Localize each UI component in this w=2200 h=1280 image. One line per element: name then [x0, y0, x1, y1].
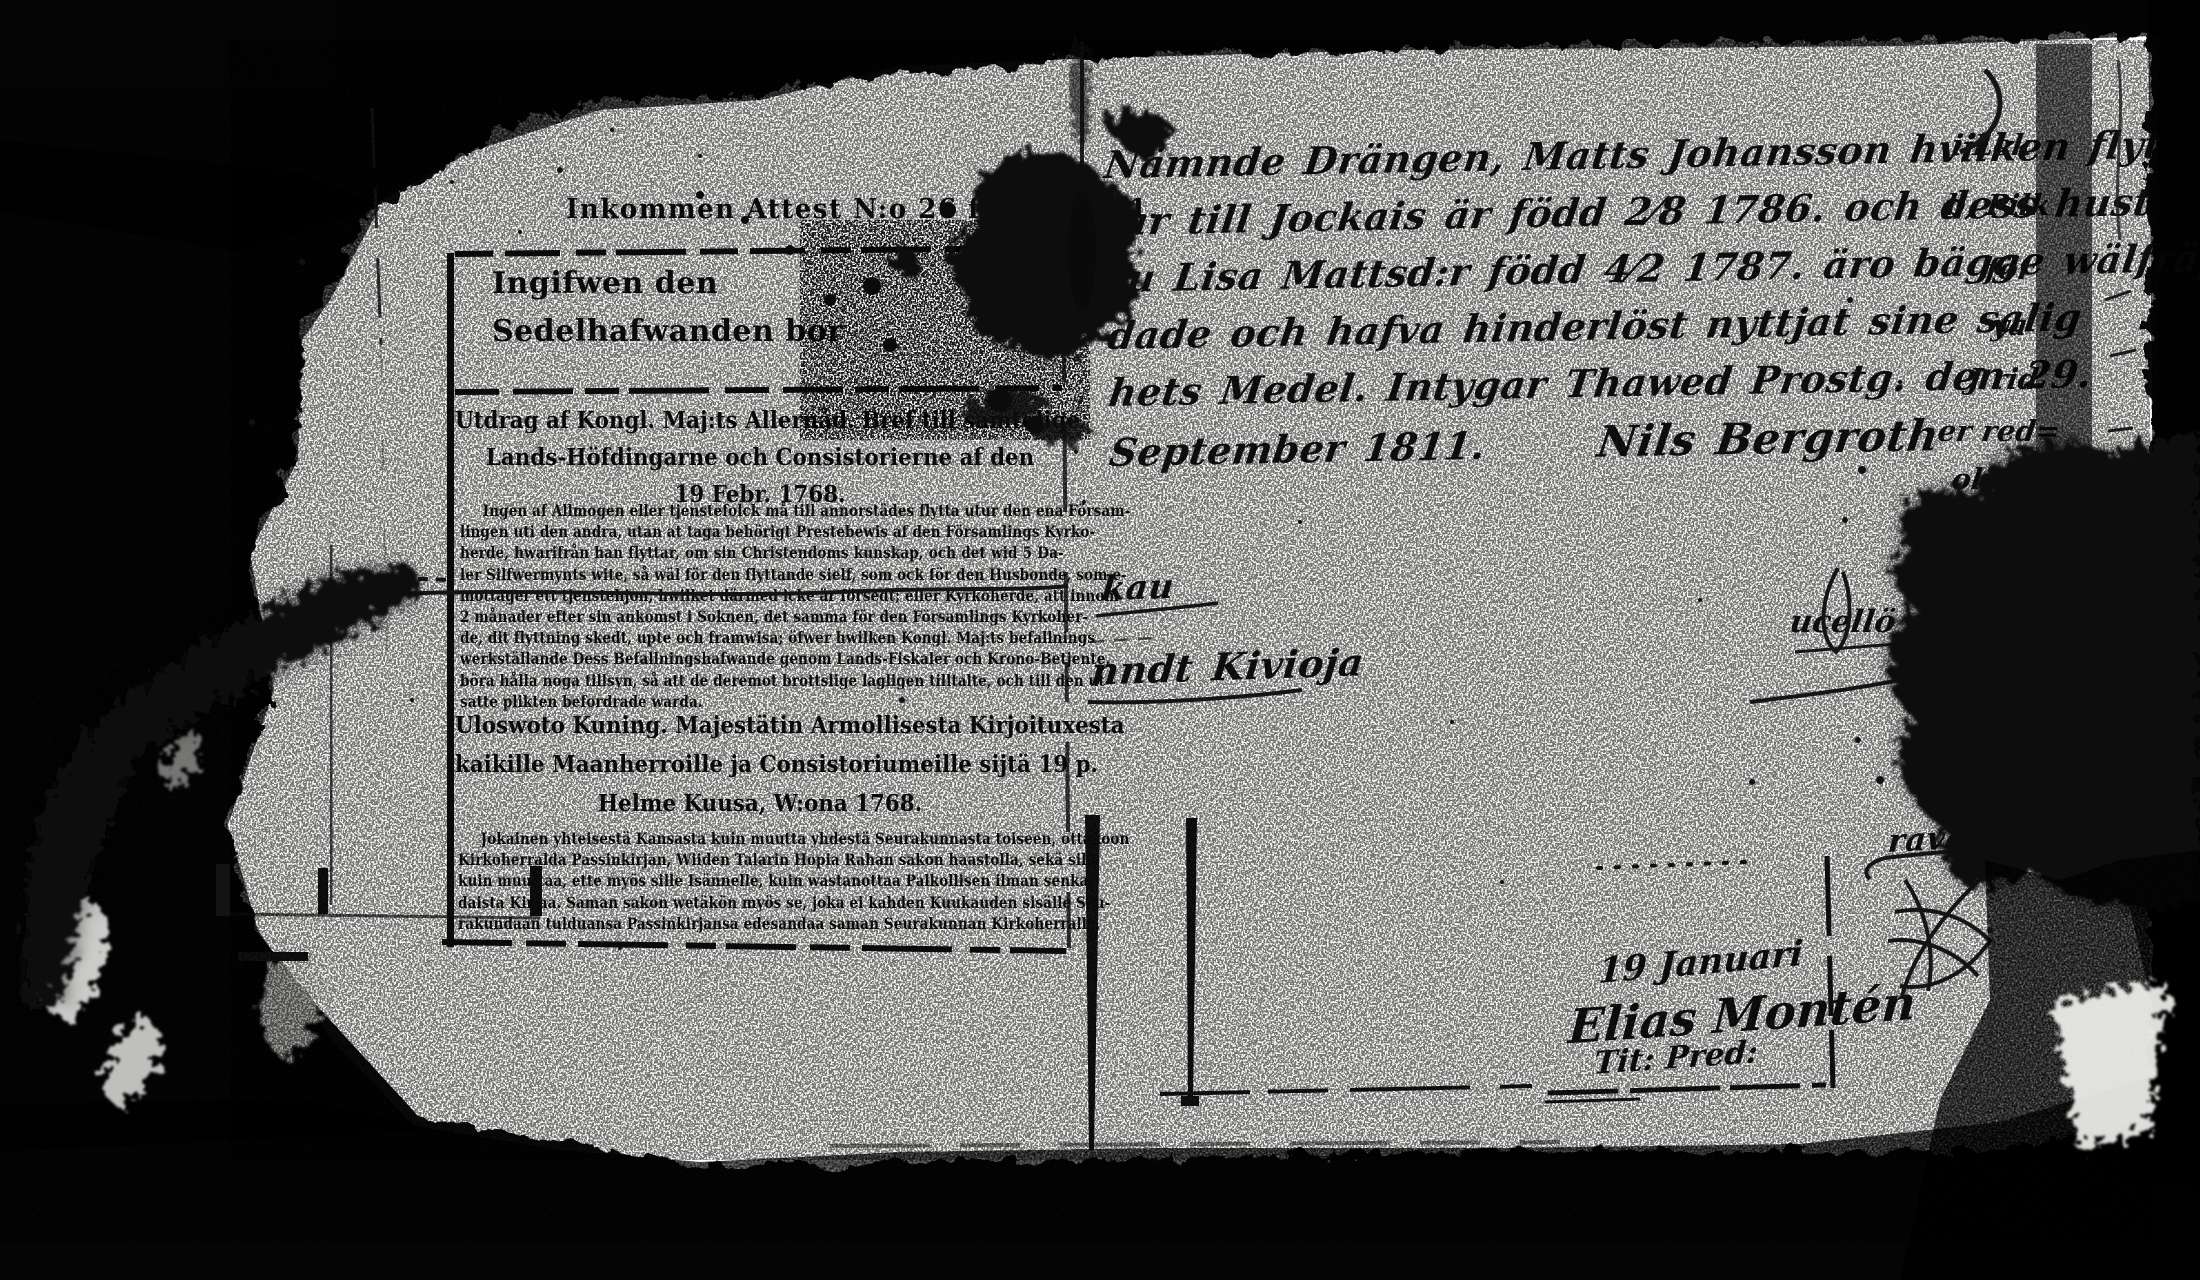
edge-fragment: för: [1984, 252, 2036, 286]
microfilm-scan: Inkommen Attest N:o 26 för år 1811. Ingi…: [0, 0, 2200, 1280]
sv-line: böra hålla noga tillsyn, så att de derem…: [460, 670, 1064, 691]
fi-line: daista Kirjaa. Saman sakon wetäkön myös …: [458, 892, 1062, 913]
sv-line: herde, hwarifrån han flyttar, om sin Chr…: [460, 542, 1064, 563]
attest-header: Inkommen Attest N:o 26 för år 1811.: [566, 194, 1159, 225]
sv-line: 2 månader efter sin ankomst i Soknen, de…: [460, 606, 1064, 627]
note-date: 19 Januari: [1597, 933, 1804, 992]
form-label-sedelhafwanden: Sedelhafwanden bor: [492, 314, 844, 349]
form-label-ingifwen: Ingifwen den: [492, 266, 718, 301]
gutter-fragment-2: nndt Kivioja: [1089, 639, 1366, 693]
edge-fragment: er red=: [1936, 414, 2063, 448]
fi-line: Jokainen yhteisestä Kansasta kuin muutta…: [458, 828, 1062, 849]
finnish-heading: Uloswoto Kuning. Majestätin Armollisesta…: [455, 706, 1111, 823]
fi-heading-line1: Uloswoto Kuning. Majestätin Armollisesta…: [455, 706, 1065, 745]
sv-line: mottager ett tjenstehjon, hwilket därmed…: [460, 585, 1064, 606]
sv-line: werkställande Dess Befallningshafwande g…: [460, 648, 1064, 669]
gutter-fragment-1: kau: [1100, 567, 1176, 609]
fi-line: rakundaan tulduansa Passinkirjansa edesa…: [458, 913, 1062, 934]
swedish-paragraph: Ingen af Allmogen eller tjenstefolck må …: [460, 500, 1064, 712]
sv-line: Ingen af Allmogen eller tjenstefolck må …: [460, 500, 1064, 521]
priest-signature: Nils Bergroth: [1594, 411, 1942, 468]
fi-heading-line3: Helme Kuusa, W:ona 1768.: [455, 784, 1065, 823]
edge-fragment: ya: [1990, 308, 2030, 342]
edge-fragment: b, Pilk: [1944, 188, 2053, 222]
decree-heading: Utdrag af Kongl. Maj:ts Allernåd. Bref t…: [455, 402, 1111, 513]
corner-note: ravaeisa: [1886, 814, 2041, 860]
fi-heading-line2: kaikille Maanherroille ja Consistoriumei…: [455, 745, 1065, 784]
finnish-paragraph: Jokainen yhteisestä Kansasta kuin muutta…: [458, 828, 1062, 934]
edge-fragment: ucellö er: [1787, 604, 1944, 640]
edge-fragment: Bav: [1966, 506, 2031, 540]
sv-line: de, dit flyttning skedt, upte och framwi…: [460, 627, 1064, 648]
edge-fragment: olig: [1950, 462, 2016, 496]
sv-line: lingen uti den andra, utan at taga behör…: [460, 521, 1064, 542]
text-layer: Inkommen Attest N:o 26 för år 1811. Ingi…: [0, 0, 2200, 1280]
decree-heading-line1: Utdrag af Kongl. Maj:ts Allernåd. Bref t…: [455, 402, 1065, 439]
fi-line: Kirkoherralda Passinkirjan, Wiiden Talar…: [458, 849, 1062, 870]
edge-fragment: J rid: [1966, 362, 2041, 396]
sv-line: ler Silfwermynts wite, så wäl för den fl…: [460, 564, 1064, 585]
edge-fragment: i Lek: [1950, 128, 2035, 162]
attest-handwriting: Nämnde Drängen, Matts Johansson hvilken …: [1108, 125, 2014, 484]
decree-heading-line2: Lands-Höfdingarne och Consistorierne af …: [455, 439, 1065, 476]
hw-date: September 1811.: [1107, 423, 1489, 475]
fi-line: kuin muuttaa, ette myös sille Isännelle,…: [458, 870, 1062, 891]
